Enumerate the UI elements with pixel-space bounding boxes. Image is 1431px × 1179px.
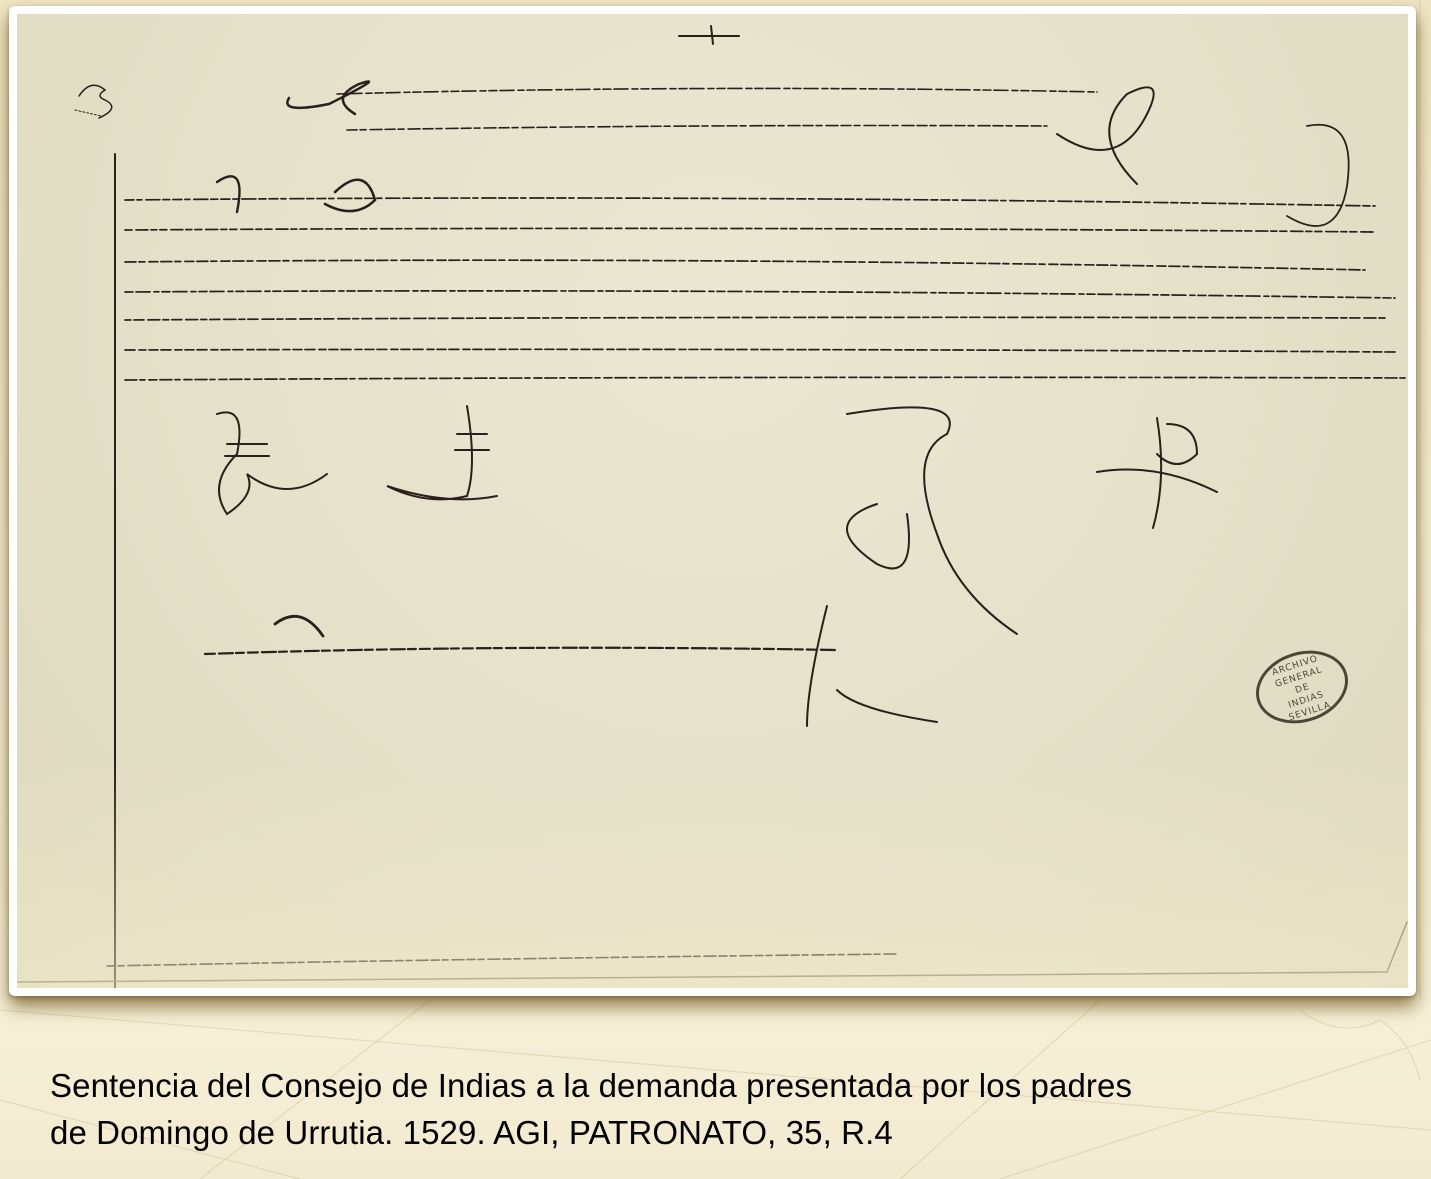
caption-line-1: Sentencia del Consejo de Indias a la dem… xyxy=(50,1062,1390,1109)
manuscript-photo: ARCHIVO GENERAL DE INDIAS SEVILLA xyxy=(17,14,1408,988)
caption-line-2: de Domingo de Urrutia. 1529. AGI, PATRON… xyxy=(50,1109,1390,1156)
image-frame: ARCHIVO GENERAL DE INDIAS SEVILLA xyxy=(9,6,1416,996)
manuscript-handwriting xyxy=(17,14,1408,988)
image-caption: Sentencia del Consejo de Indias a la dem… xyxy=(50,1062,1390,1156)
